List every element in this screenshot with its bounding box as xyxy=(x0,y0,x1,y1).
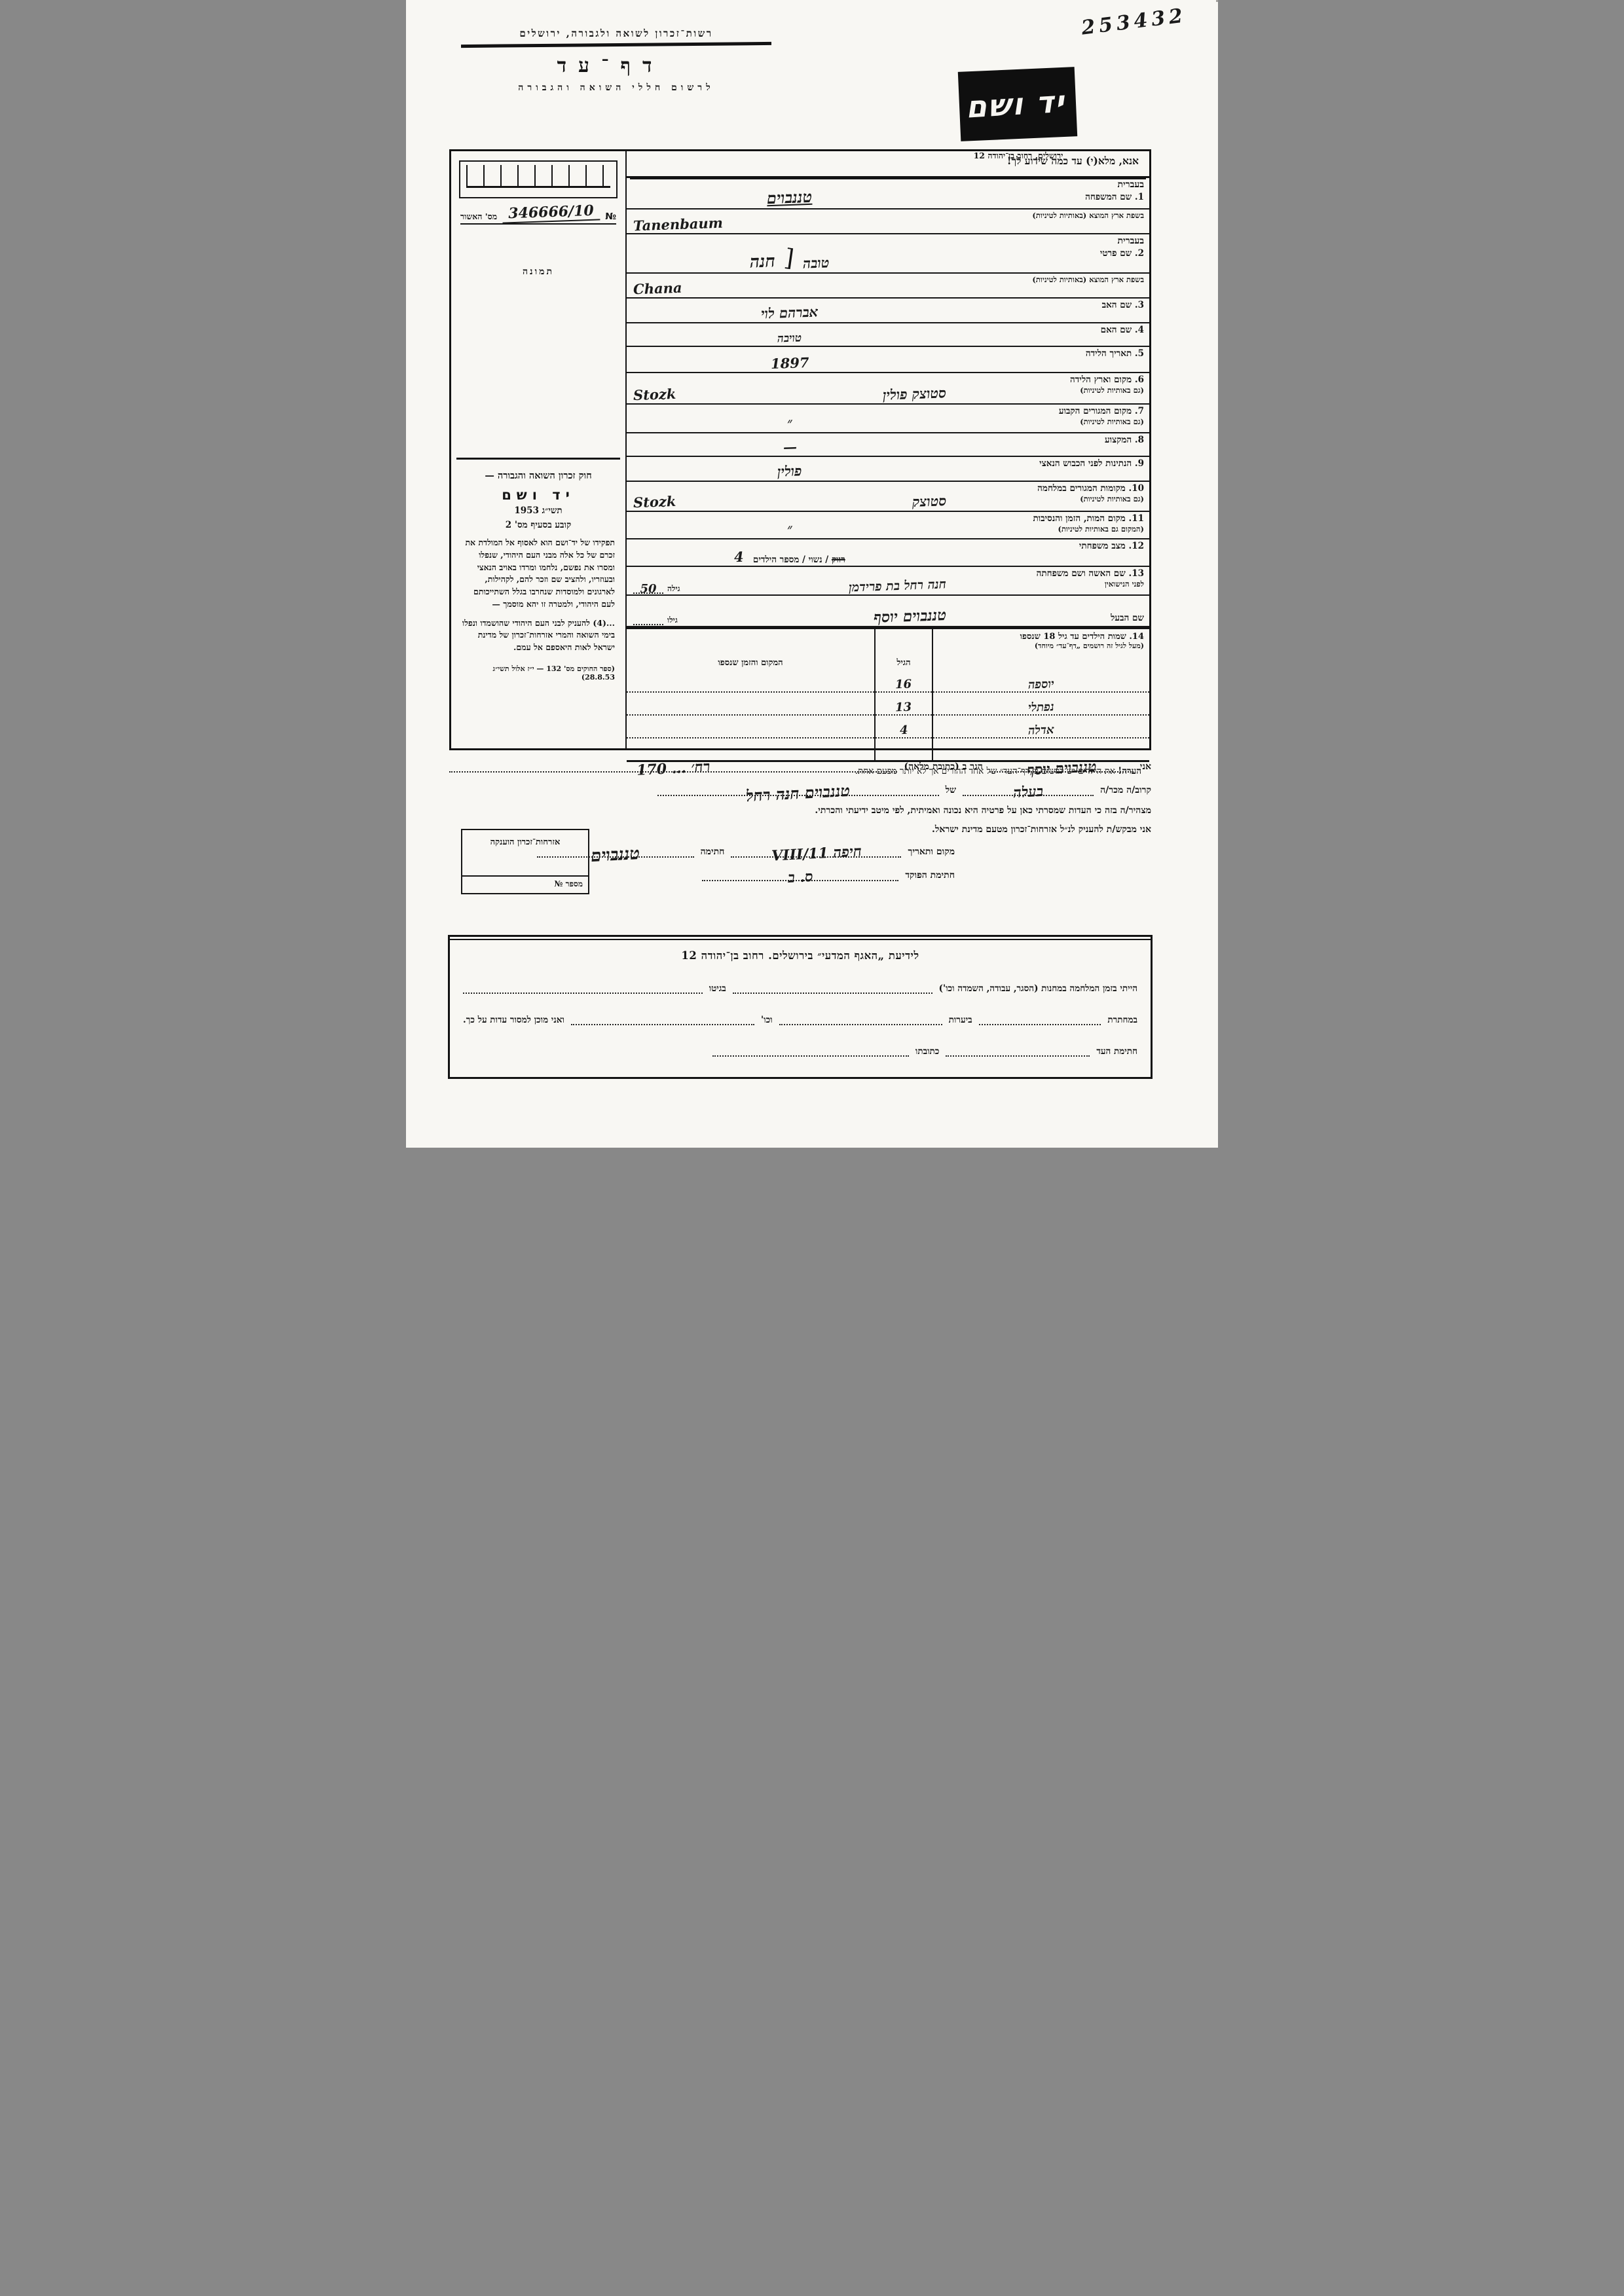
children-grid: 14. שמות הילדים עד גיל 18 שנספו (מעל לגי… xyxy=(627,629,1149,760)
profession-entry: — xyxy=(627,433,953,456)
resides-label: הגר ב (כתובת מלאה) xyxy=(904,761,982,773)
forests-label: ביערות xyxy=(949,1015,972,1025)
declarant-address-hw: רח׳ … 170 xyxy=(637,758,710,779)
field-row-family-name-latin: בשפת ארץ המוצא (באותיות לטיניות) Tanenba… xyxy=(627,210,1149,234)
field-row-mother-name: 4. שם האם טויבה xyxy=(627,323,1149,347)
ghetto-label: בגיטו xyxy=(709,983,726,994)
children-age-column: הגיל 16 13 4 xyxy=(874,629,933,760)
child-name-row xyxy=(933,738,1149,760)
field-3-label: 3. שם האב xyxy=(953,299,1149,322)
child-name-row: אדלה xyxy=(933,716,1149,738)
age-column-header: הגיל xyxy=(876,629,932,670)
field-row-wartime-residence: 10. מקומות המגורים במלחמה (גם באותיות לט… xyxy=(627,482,1149,512)
child-2-age-hw: 13 xyxy=(895,701,912,715)
underground-line: במחתרת ביערות וכו' ואני מוכן למסור עדות … xyxy=(463,1013,1137,1025)
her-age-hw: 50 xyxy=(640,582,656,596)
field-row-permanent-residence: 7. מקום המגורים הקבוע (גם באותיות לטיניו… xyxy=(627,405,1149,433)
mother-name-hw: טויבה xyxy=(777,331,802,345)
citizenship-entry: פולין xyxy=(627,457,953,481)
scan-noise xyxy=(1216,0,1218,2)
death-place-ditto-hw: ״ xyxy=(787,520,793,538)
certificate-number-hw: 346666/10 xyxy=(502,202,600,223)
grant-box: אזרחות־זכרון הוענקה מספר № xyxy=(461,829,589,894)
fields-column: אנא, מלא(י) עד כמה שידוע לך! בעברית 1. ש… xyxy=(627,151,1149,748)
law-excerpt: חוק זכרון השואה והגבורה — יד ושם תשי״ג 1… xyxy=(456,458,620,744)
child-age-row: 16 xyxy=(876,670,932,693)
header-block: רשות־זכרון לשואה ולגבורה, ירושלים דף־עד … xyxy=(460,27,773,94)
child-3-age-hw: 4 xyxy=(899,723,908,737)
wife-name-entry: חנה רחל בת פרידמן גילה 50 xyxy=(627,567,953,594)
field-10-title: 10. מקומות המגורים במלחמה xyxy=(1037,483,1144,494)
field-1-title: 1. שם המשפחה xyxy=(1085,192,1144,202)
citizenship-hw: פולין xyxy=(777,462,802,480)
latin-also-sublabel: (גם באותיות לטיניות) xyxy=(958,494,1144,503)
field-row-profession: 8. המקצוע — xyxy=(627,433,1149,457)
law-name: יד ושם xyxy=(462,487,615,503)
field-row-citizenship: 9. הנתינות לפני הכבוש הנאצי פולין xyxy=(627,457,1149,482)
field-14-sublabel: (מעל לגיל זה רושמים „דף־עד״ מיוחד) xyxy=(938,642,1144,650)
place-column-header: המקום והזמן שנספו xyxy=(627,629,874,670)
witness-signature-label: חתימת העד xyxy=(1096,1046,1137,1057)
field-7-title: 7. מקום המגורים הקבוע xyxy=(1059,406,1144,416)
testify-label: ואני מוכן למסור עדות על כך. xyxy=(463,1015,564,1025)
form-subtitle: לרשום חללי השואה והגבורה xyxy=(460,82,773,94)
marital-options-rest: / נשוי / מספר הילדים xyxy=(753,555,828,565)
child-name-row: נפתלי xyxy=(933,693,1149,716)
first-name-alt-hw: חנה xyxy=(750,251,776,272)
field-row-birth-date: 5. תאריך הלידה 1897 xyxy=(627,347,1149,373)
profession-hw: — xyxy=(783,439,797,456)
place-date-hw: חיפה 11/VIII xyxy=(771,843,862,864)
camps-line: הייתי בזמן המלחמה במחנות (הסגר, עבודה, ה… xyxy=(463,982,1137,994)
underground-label: במחתרת xyxy=(1107,1015,1137,1025)
child-age-row: 4 xyxy=(876,716,932,738)
sidebar-column: № 346666/10 מס' האשור תמונה חוק זכרון הש… xyxy=(451,151,627,748)
of-label: של xyxy=(946,785,956,796)
field-13-title: 13. שם האשה ושם משפחתה xyxy=(1037,568,1144,579)
wartime-residence-latin-hw: Stozk xyxy=(633,493,676,511)
field-row-first-name-latin: בשפת ארץ המוצא (באותיות לטיניות) Chana xyxy=(627,274,1149,299)
field-row-wife-name: 13. שם האשה ושם משפחתה לפני הנישואין חנה… xyxy=(627,567,1149,596)
father-name-entry: אברהם לוי xyxy=(627,299,953,322)
clerk-signature-hw: ס. ב xyxy=(788,868,814,886)
field-2-latin-label: בשפת ארץ המוצא (באותיות לטיניות) xyxy=(953,274,1149,297)
field-9-label: 9. הנתינות לפני הכבוש הנאצי xyxy=(953,457,1149,481)
family-name-latin-hw: Tanenbaum xyxy=(633,215,724,234)
permanent-residence-entry: ״ xyxy=(627,405,953,432)
declarant-line: אני טננבוים יוסף הגר ב (כתובת מלאה) רח׳ … xyxy=(449,758,1151,773)
husband-label: שם הבעל xyxy=(953,596,1149,626)
form-title: דף־עד xyxy=(460,54,773,77)
relation-hw: בעלה xyxy=(1013,783,1044,801)
family-name-hw: טננבוים xyxy=(767,187,813,208)
children-names-column: 14. שמות הילדים עד גיל 18 שנספו (מעל לגי… xyxy=(933,629,1149,760)
field-row-father-name: 3. שם האב אברהם לוי xyxy=(627,299,1149,323)
archive-number-hw: 253432 xyxy=(1080,4,1187,39)
certificate-strip xyxy=(459,160,618,198)
field-1-label: בעברית 1. שם המשפחה xyxy=(953,178,1149,208)
photo-placeholder-label: תמונה xyxy=(451,266,625,278)
child-place-row xyxy=(627,670,874,693)
intro-note: אנא, מלא(י) עד כמה שידוע לך! xyxy=(627,151,1149,178)
latin-sublabel: בשפת ארץ המוצא (באותיות לטיניות) xyxy=(958,211,1144,220)
first-name-entry: טובה [ חנה xyxy=(627,234,953,272)
witness-signature-blank xyxy=(946,1045,1090,1057)
grant-box-title: אזרחות־זכרון הוענקה xyxy=(462,830,588,875)
authority-name: רשות־זכרון לשואה ולגבורה, ירושלים xyxy=(460,27,773,40)
testimony-page-scan: 253432 רשות־זכרון לשואה ולגבורה, ירושלים… xyxy=(406,0,1218,1148)
field-6-title: 6. מקום וארץ הלידה xyxy=(1070,374,1144,385)
field-row-first-name: בעברית 2. שם פרטי טובה [ חנה xyxy=(627,234,1149,274)
statement-text: מצהיר/ה בזה כי העדות שמסרתי כאן על פרטיה… xyxy=(449,805,1151,816)
declarant-name-hw: טננבוים יוסף xyxy=(1026,758,1097,779)
wife-age-cell: גילה 50 xyxy=(633,582,680,594)
law-section: קובע בסעיף מס' 2 xyxy=(462,520,615,530)
law-title: חוק זכרון השואה והגבורה — xyxy=(462,470,615,482)
witness-line: חתימת העד כתובתו xyxy=(463,1045,1137,1057)
number-symbol: № xyxy=(605,211,616,222)
field-2-label: בעברית 2. שם פרטי xyxy=(953,234,1149,272)
field-row-family-name: בעברית 1. שם המשפחה טננבוים xyxy=(627,178,1149,210)
relation-label: קרוב/ה מכר/ה xyxy=(1100,785,1151,796)
place-date-field: חיפה 11/VIII xyxy=(731,843,901,858)
birth-place-entry: סטוצק פולין Stozk xyxy=(627,373,953,403)
first-name-latin-entry: Chana xyxy=(627,274,953,297)
law-clause: ...(4) להעניק לבני העם היהודי שהושמדו ונ… xyxy=(462,617,615,654)
certificate-number-label: מס' האשור xyxy=(460,211,497,222)
subject-field: טננבוים חנה רחל xyxy=(657,782,939,796)
mother-name-entry: טויבה xyxy=(627,323,953,346)
struck-option-single: רווק xyxy=(832,555,845,565)
field-row-husband-name: שם הבעל טננבוים יוסף גילו xyxy=(627,596,1149,627)
grant-box-number-label: מספר № xyxy=(462,875,588,893)
child-3-name-hw: אדלה xyxy=(1028,723,1054,737)
his-age-label: גילו xyxy=(667,615,678,625)
hebrew-tag: בעברית xyxy=(958,236,1144,247)
signature-label: חתימה xyxy=(701,847,725,858)
child-place-row xyxy=(627,693,874,716)
birth-place-hw: סטוצק פולין xyxy=(883,384,947,403)
etc-blank xyxy=(571,1013,754,1025)
marital-status-entry: רווק / נשוי / מספר הילדים 4 xyxy=(627,539,953,566)
field-11-label: 11. מקום המות, הזמן והנסיבות (המקום גם ב… xyxy=(953,512,1149,538)
declarant-address-field: רח׳ … 170 xyxy=(449,758,897,773)
field-12-label: 12. מצב משפחתי xyxy=(953,539,1149,566)
first-name-latin-hw: Chana xyxy=(633,280,682,298)
logo-text: יד ושם xyxy=(965,83,1070,125)
i-label: אני xyxy=(1140,761,1151,773)
law-body: תפקידו של יד־ושם הוא לאסוף אל המולדת את … xyxy=(462,537,615,611)
birth-date-hw: 1897 xyxy=(770,354,809,372)
law-year: תשי״ג 1953 xyxy=(462,505,615,516)
marital-options: רווק / נשוי / מספר הילדים xyxy=(753,555,845,565)
child-2-name-hw: נפתלי xyxy=(1028,700,1054,714)
field-4-label: 4. שם האם xyxy=(953,323,1149,346)
field-11-title: 11. מקום המות, הזמן והנסיבות xyxy=(1033,513,1144,524)
declarant-name-field: טננבוים יוסף xyxy=(989,758,1134,773)
child-place-row xyxy=(627,738,874,760)
bracket-glyph: [ xyxy=(783,244,796,272)
law-source: (ספר החוקים מס' 132 — י״ז אלול תשי״ג 28.… xyxy=(462,665,615,682)
certificate-number-row: № 346666/10 מס' האשור xyxy=(460,204,616,225)
clerk-signature-label: חתימת הפוקד xyxy=(905,870,955,881)
field-row-birth-place: 6. מקום וארץ הלידה (גם באותיות לטיניות) … xyxy=(627,373,1149,405)
birth-date-entry: 1897 xyxy=(627,347,953,372)
clerk-signature-field: ס. ב xyxy=(702,867,898,881)
residence-ditto-hw: ״ xyxy=(787,414,793,431)
yad-vashem-logo: יד ושם xyxy=(958,67,1077,141)
field-6-label: 6. מקום וארץ הלידה (גם באותיות לטיניות) xyxy=(953,373,1149,403)
wartime-residence-hw: סטוצק xyxy=(912,492,946,511)
ghetto-blank xyxy=(463,982,703,994)
child-1-age-hw: 16 xyxy=(895,678,912,692)
first-name-hw: טובה xyxy=(803,254,830,272)
field-14-title: 14. שמות הילדים עד גיל 18 שנספו xyxy=(1020,632,1144,642)
signature-hw: טננבוים xyxy=(591,844,640,866)
latin-also-sublabel: (גם באותיות לטיניות) xyxy=(958,417,1144,426)
field-10-label: 10. מקומות המגורים במלחמה (גם באותיות לט… xyxy=(953,482,1149,511)
bottom-section-title: לידיעת „האגף המדעי״ בירושלים. רחוב בן־יה… xyxy=(463,949,1137,962)
relation-line: קרוב/ה מכר/ה בעלה של טננבוים חנה רחל xyxy=(449,782,1151,796)
field-1-latin-label: בשפת ארץ המוצא (באותיות לטיניות) xyxy=(953,210,1149,233)
place-date-label: מקום ותאריך xyxy=(908,847,955,858)
child-age-row xyxy=(876,738,932,760)
field-13-sublabel: לפני הנישואין xyxy=(958,579,1144,589)
child-place-row xyxy=(627,716,874,738)
field-5-label: 5. תאריך הלידה xyxy=(953,347,1149,372)
family-name-latin-entry: Tanenbaum xyxy=(627,210,953,233)
camps-blank xyxy=(733,982,932,994)
family-name-entry: טננבוים xyxy=(627,178,953,208)
her-age-line: 50 xyxy=(633,582,663,594)
child-name-row: יוספה xyxy=(933,670,1149,693)
header-rule xyxy=(461,42,771,48)
camps-label: הייתי בזמן המלחמה במחנות (הסגר, עבודה, ה… xyxy=(939,983,1137,994)
children-place-column: המקום והזמן שנספו xyxy=(627,629,874,760)
wartime-residence-entry: סטוצק Stozk xyxy=(627,482,953,511)
perforation-ticks xyxy=(466,165,610,188)
birth-place-latin-hw: Stozk xyxy=(633,386,676,403)
child-1-name-hw: יוספה xyxy=(1028,677,1054,691)
forests-blank xyxy=(779,1013,942,1025)
field-13-label: 13. שם האשה ושם משפחתה לפני הנישואין xyxy=(953,567,1149,594)
field-14-label: 14. שמות הילדים עד גיל 18 שנספו (מעל לגי… xyxy=(933,629,1149,670)
field-8-label: 8. המקצוע xyxy=(953,433,1149,456)
death-place-entry: ״ xyxy=(627,512,953,538)
underground-blank xyxy=(979,1013,1101,1025)
field-7-label: 7. מקום המגורים הקבוע (גם באותיות לטיניו… xyxy=(953,405,1149,432)
latin-sublabel: בשפת ארץ המוצא (באותיות לטיניות) xyxy=(958,275,1144,284)
witness-address-blank xyxy=(712,1045,909,1057)
husband-name-hw: טננבוים יוסף xyxy=(873,606,946,627)
subject-name-hw: טננבוים חנה רחל xyxy=(746,781,851,806)
field-2-title: 2. שם פרטי xyxy=(1100,248,1144,259)
witness-address-label: כתובתו xyxy=(915,1046,939,1057)
field-row-marital-status: 12. מצב משפחתי רווק / נשוי / מספר הילדים… xyxy=(627,539,1149,567)
relation-field: בעלה xyxy=(963,782,1094,796)
father-name-hw: אברהם לוי xyxy=(761,303,819,322)
wife-name-hw: חנה רחל בת פרידמן xyxy=(849,577,947,595)
etc-label: וכו' xyxy=(761,1015,773,1025)
her-age-label: גילה xyxy=(667,584,680,594)
children-count-hw: 4 xyxy=(734,549,744,565)
field-row-death-place: 11. מקום המות, הזמן והנסיבות (המקום גם ב… xyxy=(627,512,1149,539)
field-11-sublabel: (המקום גם באותיות לטיניות) xyxy=(958,524,1144,534)
latin-also-sublabel: (גם באותיות לטיניות) xyxy=(958,386,1144,395)
child-age-row: 13 xyxy=(876,693,932,716)
main-form-box: אנא, מלא(י) עד כמה שידוע לך! בעברית 1. ש… xyxy=(449,149,1151,750)
hebrew-tag: בעברית xyxy=(958,179,1144,191)
his-age-line xyxy=(633,613,663,625)
husband-age-cell: גילו xyxy=(633,613,678,625)
husband-name-entry: טננבוים יוסף גילו xyxy=(627,596,953,626)
scientific-branch-section: לידיעת „האגף המדעי״ בירושלים. רחוב בן־יה… xyxy=(448,935,1153,1079)
